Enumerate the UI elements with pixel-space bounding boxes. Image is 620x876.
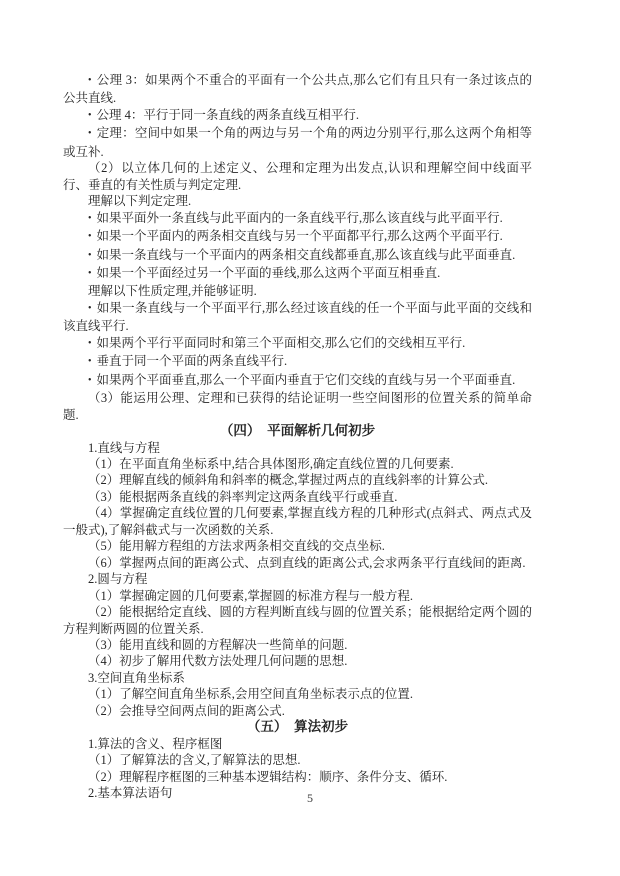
bullet-text: 如果一条直线与一个平面平行,那么经过该直线的任一个平面与此平面的交线和该直线平行… bbox=[63, 301, 532, 333]
bullet-icon: • bbox=[88, 375, 92, 386]
bullet-item: •如果平面外一条直线与此平面内的一条直线平行,那么该直线与此平面平行. bbox=[63, 210, 532, 228]
section-heading-5: （五） 算法初步 bbox=[63, 719, 532, 735]
paragraph: （5）能用解方程组的方法求两条相交直线的交点坐标. bbox=[63, 538, 532, 554]
bullet-icon: • bbox=[88, 213, 92, 224]
bullet-icon: • bbox=[88, 231, 92, 242]
section-heading-4: （四） 平面解析几何初步 bbox=[63, 423, 532, 439]
bullet-text: 公理 3：如果两个不重合的平面有一个公共点,那么它们有且只有一条过该点的公共直线… bbox=[63, 73, 532, 105]
bullet-text: 如果两个平面垂直,那么一个平面内垂直于它们交线的直线与另一个平面垂直. bbox=[97, 373, 516, 387]
bullet-icon: • bbox=[88, 356, 92, 367]
bullet-text: 公理 4：平行于同一条直线的两条直线互相平行. bbox=[97, 108, 360, 122]
paragraph: （1）了解算法的含义,了解算法的思想. bbox=[63, 752, 532, 768]
paragraph: （4）初步了解用代数方法处理几何问题的思想. bbox=[63, 653, 532, 669]
bullet-item: •如果一个平面内的两条相交直线与另一个平面都平行,那么这两个平面平行. bbox=[63, 228, 532, 246]
paragraph: 理解以下判定定理. bbox=[63, 193, 532, 209]
bullet-item: •如果一条直线与一个平面内的两条相交直线都垂直,那么该直线与此平面垂直. bbox=[63, 247, 532, 265]
paragraph: （4）掌握确定直线位置的几何要素,掌握直线方程的几种形式(点斜式、两点式及一般式… bbox=[63, 505, 532, 538]
paragraph: （2）以立体几何的上述定义、公理和定理为出发点,认识和理解空间中线面平行、垂直的… bbox=[63, 160, 532, 193]
bullet-text: 如果一个平面内的两条相交直线与另一个平面都平行,那么这两个平面平行. bbox=[97, 229, 503, 243]
paragraph: （3）能根据两条直线的斜率判定这两条直线平行或垂直. bbox=[63, 489, 532, 505]
page-number: 5 bbox=[0, 791, 620, 806]
bullet-icon: • bbox=[88, 250, 92, 261]
bullet-icon: • bbox=[88, 338, 92, 349]
document-page: •公理 3：如果两个不重合的平面有一个公共点,那么它们有且只有一条过该点的公共直… bbox=[0, 0, 620, 876]
paragraph: （2）理解程序框图的三种基本逻辑结构：顺序、条件分支、循环. bbox=[63, 769, 532, 785]
bullet-icon: • bbox=[88, 128, 92, 139]
subsection-title: 1.直线与方程 bbox=[63, 440, 532, 456]
paragraph: （1）掌握确定圆的几何要素,掌握圆的标准方程与一般方程. bbox=[63, 588, 532, 604]
paragraph: （3）能运用公理、定理和已获得的结论证明一些空间图形的位置关系的简单命题. bbox=[63, 390, 532, 423]
subsection-title: 1.算法的含义、程序框图 bbox=[63, 736, 532, 752]
bullet-item: •垂直于同一个平面的两条直线平行. bbox=[63, 353, 532, 371]
bullet-icon: • bbox=[88, 110, 92, 121]
subsection-title: 2.圆与方程 bbox=[63, 571, 532, 587]
paragraph: （6）掌握两点间的距离公式、点到直线的距离公式,会求两条平行直线间的距离. bbox=[63, 555, 532, 571]
document-body: •公理 3：如果两个不重合的平面有一个公共点,那么它们有且只有一条过该点的公共直… bbox=[63, 72, 532, 801]
bullet-item: •如果一个平面经过另一个平面的垂线,那么这两个平面互相垂直. bbox=[63, 265, 532, 283]
paragraph: （3）能用直线和圆的方程解决一些简单的问题. bbox=[63, 637, 532, 653]
bullet-item: •如果一条直线与一个平面平行,那么经过该直线的任一个平面与此平面的交线和该直线平… bbox=[63, 300, 532, 335]
bullet-item: •公理 3：如果两个不重合的平面有一个公共点,那么它们有且只有一条过该点的公共直… bbox=[63, 72, 532, 107]
paragraph: 理解以下性质定理,并能够证明. bbox=[63, 283, 532, 299]
bullet-icon: • bbox=[88, 303, 92, 314]
bullet-item: •定理：空间中如果一个角的两边与另一个角的两边分别平行,那么这两个角相等或互补. bbox=[63, 125, 532, 160]
bullet-text: 如果一条直线与一个平面内的两条相交直线都垂直,那么该直线与此平面垂直. bbox=[97, 248, 516, 262]
bullet-text: 垂直于同一个平面的两条直线平行. bbox=[97, 354, 288, 368]
bullet-icon: • bbox=[88, 75, 92, 86]
bullet-text: 如果两个平行平面同时和第三个平面相交,那么它们的交线相互平行. bbox=[97, 336, 466, 350]
bullet-item: •公理 4：平行于同一条直线的两条直线互相平行. bbox=[63, 107, 532, 125]
paragraph: （2）理解直线的倾斜角和斜率的概念,掌握过两点的直线斜率的计算公式. bbox=[63, 472, 532, 488]
bullet-text: 如果一个平面经过另一个平面的垂线,那么这两个平面互相垂直. bbox=[97, 266, 441, 280]
bullet-item: •如果两个平行平面同时和第三个平面相交,那么它们的交线相互平行. bbox=[63, 335, 532, 353]
paragraph: （2）能根据给定直线、圆的方程判断直线与圆的位置关系；能根据给定两个圆的方程判断… bbox=[63, 604, 532, 637]
bullet-item: •如果两个平面垂直,那么一个平面内垂直于它们交线的直线与另一个平面垂直. bbox=[63, 372, 532, 390]
bullet-text: 如果平面外一条直线与此平面内的一条直线平行,那么该直线与此平面平行. bbox=[97, 211, 503, 225]
paragraph: （2）会推导空间两点间的距离公式. bbox=[63, 703, 532, 719]
bullet-text: 定理：空间中如果一个角的两边与另一个角的两边分别平行,那么这两个角相等或互补. bbox=[63, 126, 532, 158]
paragraph: （1）了解空间直角坐标系,会用空间直角坐标表示点的位置. bbox=[63, 686, 532, 702]
subsection-title: 3.空间直角坐标系 bbox=[63, 670, 532, 686]
paragraph: （1）在平面直角坐标系中,结合具体图形,确定直线位置的几何要素. bbox=[63, 456, 532, 472]
bullet-icon: • bbox=[88, 268, 92, 279]
